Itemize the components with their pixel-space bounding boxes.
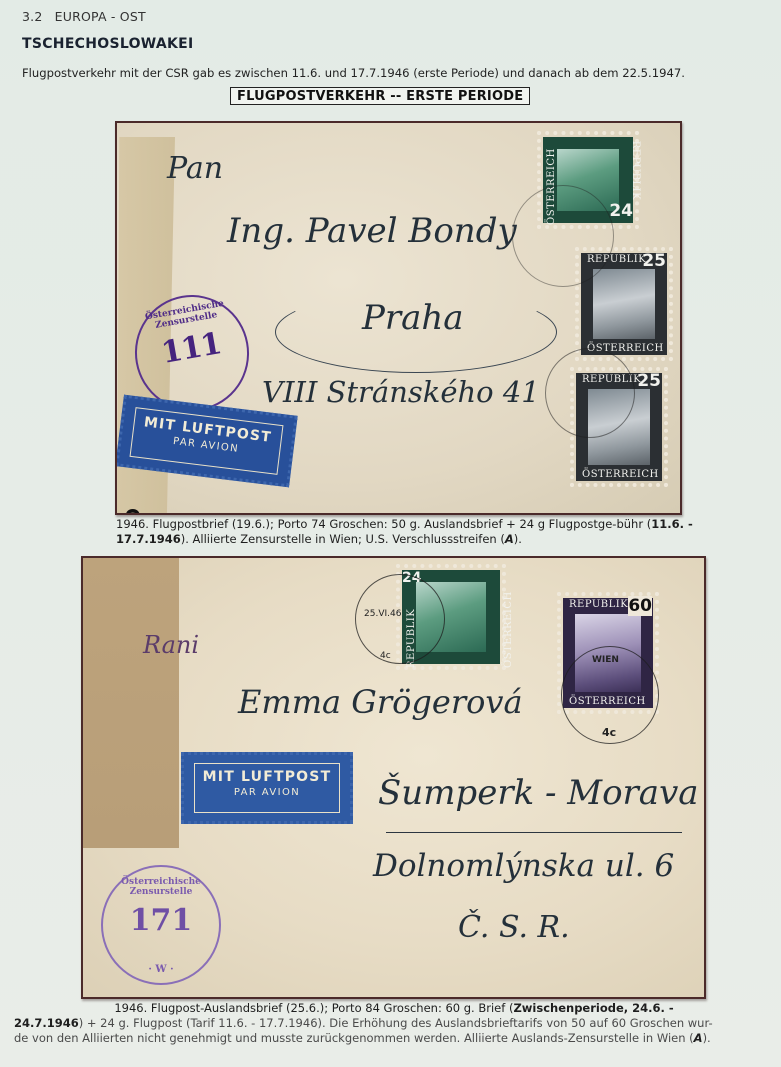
airmail-label: MIT LUFTPOST PAR AVION [181,752,353,824]
address-line: Emma Grögerová [238,683,523,721]
postmark: WIEN 4c [561,646,659,744]
section-heading: 3.2 EUROPA - OST [22,9,146,24]
postmark [512,185,614,287]
address-line: VIII Stránského 41 [262,375,540,409]
address-line: Dolnomlýnska ul. 6 [373,848,674,884]
page-title: TSCHECHOSLOWAKEI [22,36,194,52]
period-label: FLUGPOSTVERKEHR -- ERSTE PERIODE [230,87,530,105]
cover-1-envelope: Pan Ing. Pavel Bondy Praha VIII Stránské… [115,121,682,515]
cover-2-caption: 1946. Flugpost-Auslandsbrief (25.6.); Po… [14,1001,774,1046]
censor-stamp: Österreichische Zensurstelle 171 · W · [101,865,221,985]
address-line: Praha [362,298,464,338]
address-underline [386,832,682,833]
section-title: EUROPA - OST [55,9,146,24]
tape-text: OPENED BY [121,508,143,515]
censor-tape [83,558,179,848]
section-number: 3.2 [22,9,42,24]
address-line: Šumperk - Morava [378,773,699,813]
cover-2-envelope: Rani Emma Grögerová Šumperk - Morava Dol… [81,556,706,999]
address-line: Č. S. R. [458,910,570,945]
postmark: 25.VI.46 4c [355,574,445,664]
postmark [545,348,635,438]
address-line: Pan [167,151,223,186]
address-line: Rani [143,631,199,659]
address-line: Ing. Pavel Bondy [227,211,517,251]
intro-text: Flugpostverkehr mit der CSR gab es zwisc… [22,66,685,80]
cover-1-caption: 1946. Flugpostbrief (19.6.); Porto 74 Gr… [116,517,716,547]
